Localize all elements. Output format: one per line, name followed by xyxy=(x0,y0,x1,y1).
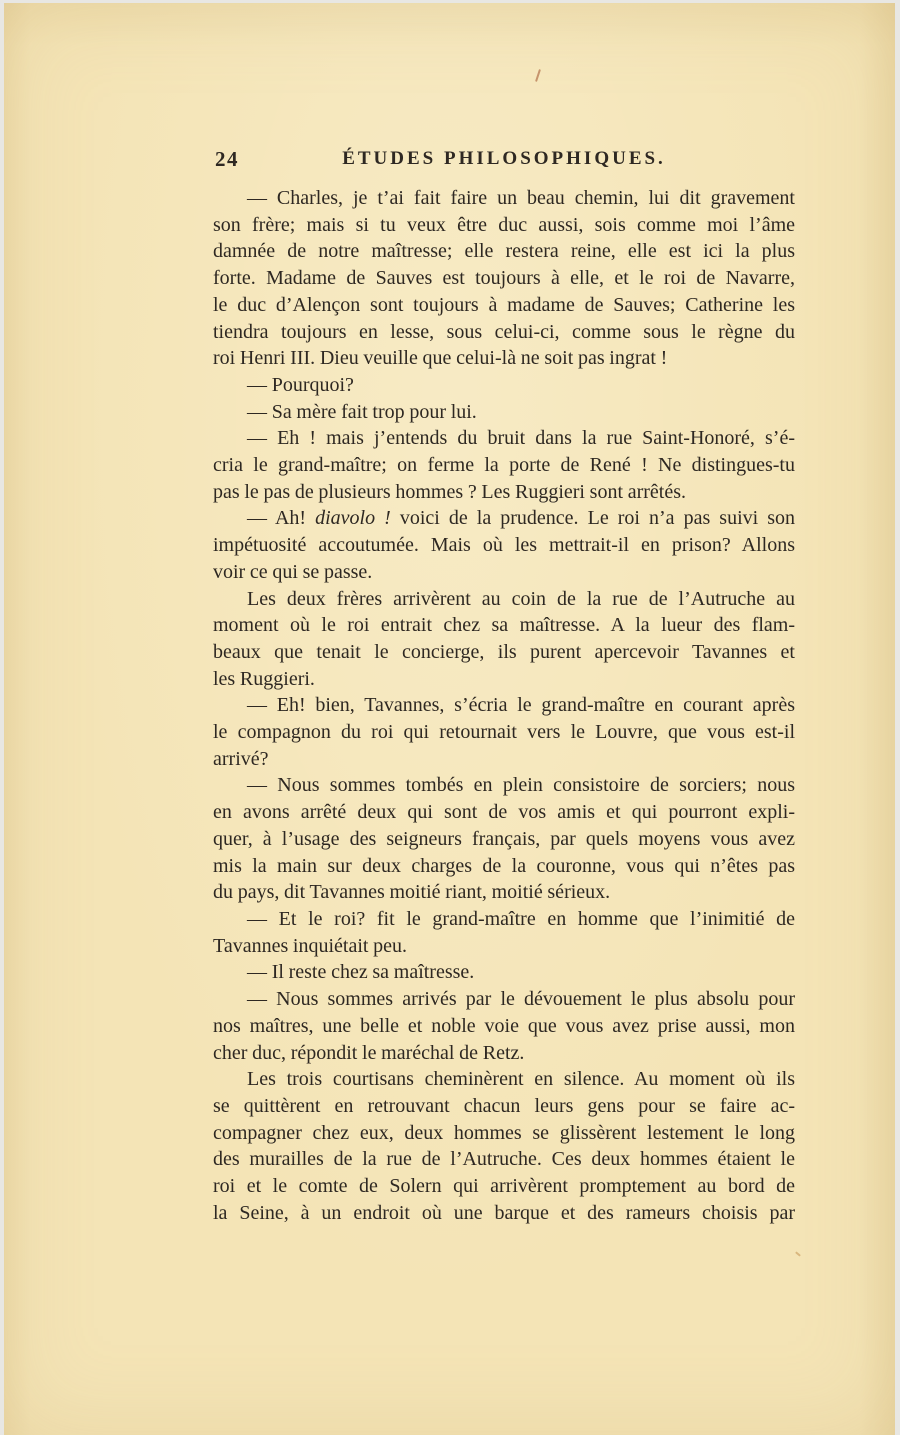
text-line: — Et le roi? fit le grand-maître en homm… xyxy=(213,906,795,933)
text-line: compagner chez eux, deux hommes se gliss… xyxy=(213,1120,795,1147)
text-line: pas le pas de plusieurs hommes ? Les Rug… xyxy=(213,479,795,506)
text-line: tiendra toujours en lesse, sous celui-ci… xyxy=(213,319,795,346)
text-line: mis la main sur deux charges de la couro… xyxy=(213,853,795,880)
text-line: cria le grand-maître; on ferme la porte … xyxy=(213,452,795,479)
text-line: Tavannes inquiétait peu. xyxy=(213,933,795,960)
italic-text: diavolo ! xyxy=(315,507,391,529)
text-line: — Ah! diavolo ! voici de la prudence. Le… xyxy=(213,505,795,532)
text-line: — Nous sommes tombés en plein consistoir… xyxy=(213,772,795,799)
text-line: arrivé? xyxy=(213,746,795,773)
text-line: — Charles, je t’ai fait faire un beau ch… xyxy=(213,185,795,212)
text-line: le compagnon du roi qui retournait vers … xyxy=(213,719,795,746)
text-line: quer, à l’usage des seigneurs français, … xyxy=(213,826,795,853)
text-line: la Seine, à un endroit où une barque et … xyxy=(213,1200,795,1227)
text-line: moment où le roi entrait chez sa maîtres… xyxy=(213,612,795,639)
text-line: en avons arrêté deux qui sont de vos ami… xyxy=(213,799,795,826)
text-line: — Eh ! mais j’entends du bruit dans la r… xyxy=(213,425,795,452)
text-line: — Nous sommes arrivés par le dévouement … xyxy=(213,986,795,1013)
text-line: — Sa mère fait trop pour lui. xyxy=(213,399,795,426)
running-header: ÉTUDES PHILOSOPHIQUES. xyxy=(213,148,795,170)
text-line: damnée de notre maîtresse; elle restera … xyxy=(213,238,795,265)
text-line: Les deux frères arrivèrent au coin de la… xyxy=(213,586,795,613)
text-line: impétuosité accoutumée. Mais où les mett… xyxy=(213,532,795,559)
text-line: — Pourquoi? xyxy=(213,372,795,399)
text-line: des murailles de la rue de l’Autruche. C… xyxy=(213,1146,795,1173)
text-line: roi et le comte de Solern qui arrivèrent… xyxy=(213,1173,795,1200)
text-line: Les trois courtisans cheminèrent en sile… xyxy=(213,1066,795,1093)
text-line: forte. Madame de Sauves est toujours à e… xyxy=(213,265,795,292)
text-line: cher duc, répondit le maréchal de Retz. xyxy=(213,1040,795,1067)
page-text: — Charles, je t’ai fait faire un beau ch… xyxy=(213,185,795,1226)
text-line: beaux que tenait le concierge, ils puren… xyxy=(213,639,795,666)
text-line: le duc d’Alençon sont toujours à madame … xyxy=(213,292,795,319)
text-line: son frère; mais si tu veux être duc auss… xyxy=(213,212,795,239)
text-line: roi Henri III. Dieu veuille que celui-là… xyxy=(213,345,795,372)
scanned-book-page: 24 ÉTUDES PHILOSOPHIQUES. — Charles, je … xyxy=(0,0,900,1435)
text-line: du pays, dit Tavannes moitié riant, moit… xyxy=(213,879,795,906)
text-segment: — Ah! xyxy=(247,507,315,529)
text-segment: voici de la prudence. Le roi n’a pas sui… xyxy=(391,507,795,529)
text-line: les Ruggieri. xyxy=(213,666,795,693)
text-line: nos maîtres, une belle et noble voie que… xyxy=(213,1013,795,1040)
text-line: se quittèrent en retrouvant chacun leurs… xyxy=(213,1093,795,1120)
text-line: voir ce qui se passe. xyxy=(213,559,795,586)
text-line: — Eh! bien, Tavannes, s’écria le grand-m… xyxy=(213,692,795,719)
text-line: — Il reste chez sa maîtresse. xyxy=(213,959,795,986)
page-header: 24 ÉTUDES PHILOSOPHIQUES. xyxy=(213,147,795,173)
